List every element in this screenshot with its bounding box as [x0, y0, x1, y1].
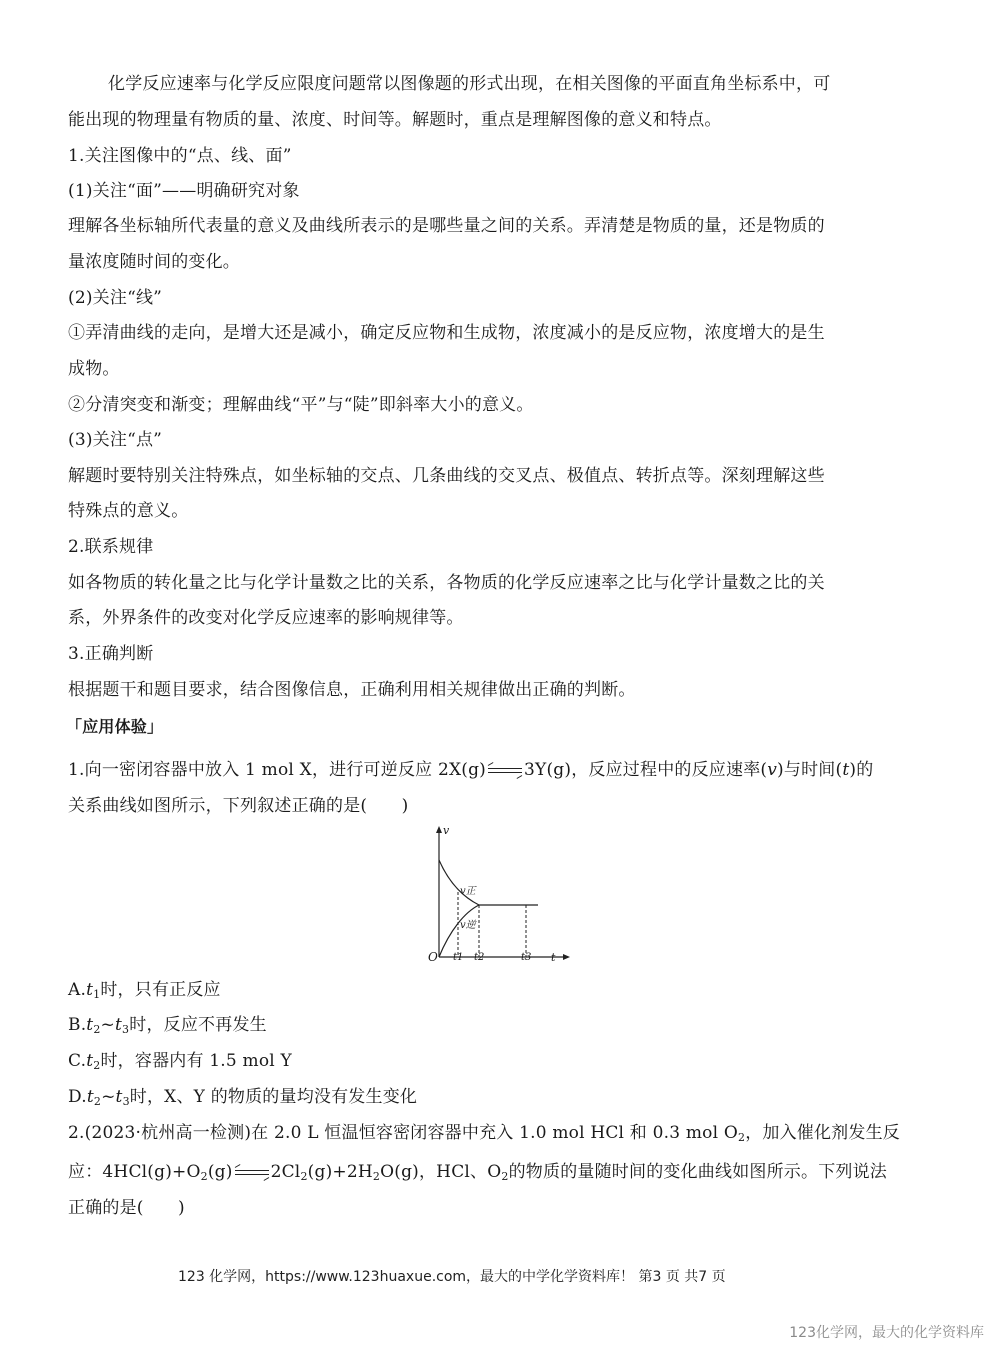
q1-option-c: C.t2时，容器内有 1.5 mol Y	[68, 1050, 292, 1072]
page-footer: 123 化学网，https://www.123huaxue.com，最大的中学化…	[178, 1266, 726, 1286]
q2-line2-f: 的物质的量随时间的变化曲线如图所示。下列说法	[509, 1162, 887, 1182]
section1-sub1-line1: 理解各坐标轴所代表量的意义及曲线所表示的是哪些量之间的关系。弄清楚是物质的量，还…	[68, 215, 825, 237]
rate-time-graph: v t O v正 v逆 t1 t2 t3	[410, 820, 580, 970]
option-b-sep: ~	[101, 1015, 115, 1035]
q1-stem-b: 3Y(g)，反应过程中的反应速率(	[524, 760, 767, 780]
section2-title: 2.联系规律	[68, 536, 153, 558]
option-b-t2: t	[115, 1015, 122, 1035]
section3-line1: 根据题干和题目要求，结合图像信息，正确利用相关规律做出正确的判断。	[68, 679, 636, 701]
section1-sub2-title: (2)关注“线”	[68, 287, 162, 309]
section1-sub2-item2: ②分清突变和渐变；理解曲线“平”与“陡”即斜率大小的意义。	[68, 394, 534, 416]
option-d-prefix: D.	[68, 1087, 87, 1107]
option-d-t2: t	[116, 1087, 123, 1107]
reversible-arrow-icon	[488, 766, 522, 776]
option-b-prefix: B.	[68, 1015, 86, 1035]
q1-v-symbol: v	[767, 760, 777, 780]
section1-sub2-item1-line2: 成物。	[68, 358, 120, 380]
option-d-t1: t	[87, 1087, 94, 1107]
q2-line2-sub3: 2	[373, 1170, 380, 1183]
q1-option-b: B.t2~t3时，反应不再发生	[68, 1014, 267, 1036]
q2-line2-d: (g)+2H	[308, 1162, 373, 1182]
watermark: 123化学网，最大的化学资料库	[789, 1322, 984, 1342]
q1-stem-line1: 1.向一密闭容器中放入 1 mol X，进行可逆反应 2X(g)3Y(g)，反应…	[68, 759, 873, 781]
q1-option-a: A.t1时，只有正反应	[68, 979, 221, 1001]
q2-line2-c: 2Cl	[271, 1162, 301, 1182]
intro-line-2: 能出现的物理量有物质的量、浓度、时间等。解题时，重点是理解图像的意义和特点。	[68, 109, 722, 131]
q1-stem-d: )的	[849, 760, 873, 780]
q2-line2-a: 应：4HCl(g)+O	[68, 1162, 201, 1182]
document-page: 化学反应速率与化学反应限度问题常以图像题的形式出现，在相关图像的平面直角坐标系中…	[0, 0, 992, 1347]
y-axis-label: v	[443, 824, 449, 837]
option-c-prefix: C.	[68, 1051, 86, 1071]
q2-line2-sub1: 2	[201, 1170, 208, 1183]
option-b-sub1: 2	[93, 1023, 100, 1036]
option-b-text: 时，反应不再发生	[129, 1015, 267, 1035]
origin-label: O	[428, 950, 438, 964]
option-d-sub1: 2	[94, 1095, 101, 1108]
tick-t2: t2	[474, 952, 484, 963]
option-d-sub2: 3	[123, 1095, 130, 1108]
section1-sub1-title: (1)关注“面”——明确研究对象	[68, 180, 300, 202]
q2-line2: 应：4HCl(g)+O2(g)2Cl2(g)+2H2O(g)，HCl、O2的物质…	[68, 1161, 887, 1183]
section2-line2: 系，外界条件的改变对化学反应速率的影响规律等。	[68, 607, 464, 629]
section1-sub3-line2: 特殊点的意义。	[68, 500, 188, 522]
q2-line1-a: 2.(2023·杭州高一检测)在 2.0 L 恒温恒容密闭容器中充入 1.0 m…	[68, 1123, 738, 1143]
option-a-text: 时，只有正反应	[100, 980, 220, 1000]
curve-forward-label: v正	[460, 882, 476, 897]
option-d-text: 时，X、Y 的物质的量均没有发生变化	[130, 1087, 417, 1107]
tick-t1: t1	[453, 952, 463, 963]
option-a-prefix: A.	[68, 980, 86, 1000]
curve-reverse-label: v逆	[460, 916, 476, 931]
practice-heading: 「应用体验」	[66, 716, 163, 738]
q2-line2-e: O(g)，HCl、O	[380, 1162, 501, 1182]
q2-line1: 2.(2023·杭州高一检测)在 2.0 L 恒温恒容密闭容器中充入 1.0 m…	[68, 1122, 900, 1144]
intro-line-1: 化学反应速率与化学反应限度问题常以图像题的形式出现，在相关图像的平面直角坐标系中…	[108, 73, 830, 95]
section1-sub3-title: (3)关注“点”	[68, 429, 162, 451]
section1-sub3-line1: 解题时要特别关注特殊点，如坐标轴的交点、几条曲线的交叉点、极值点、转折点等。深刻…	[68, 465, 825, 487]
q1-stem-a: 1.向一密闭容器中放入 1 mol X，进行可逆反应 2X(g)	[68, 760, 486, 780]
section2-line1: 如各物质的转化量之比与化学计量数之比的关系，各物质的化学反应速率之比与化学计量数…	[68, 572, 825, 594]
section3-title: 3.正确判断	[68, 643, 153, 665]
section1-sub1-line2: 量浓度随时间的变化。	[68, 251, 240, 273]
q2-line1-b: ，加入催化剂发生反	[745, 1123, 900, 1143]
section1-title: 1.关注图像中的“点、线、面”	[68, 145, 292, 167]
reversible-arrow-icon	[235, 1168, 269, 1178]
section1-sub2-item1-line1: ①弄清曲线的走向，是增大还是减小，确定反应物和生成物，浓度减小的是反应物，浓度增…	[68, 322, 825, 344]
tick-t3: t3	[521, 952, 531, 963]
q2-line2-sub2: 2	[300, 1170, 307, 1183]
q2-line3: 正确的是( )	[68, 1197, 185, 1219]
x-axis-label: t	[551, 951, 555, 964]
q2-line2-b: (g)	[208, 1162, 233, 1182]
q1-option-d: D.t2~t3时，X、Y 的物质的量均没有发生变化	[68, 1086, 417, 1108]
q1-stem-c: )与时间(	[777, 760, 842, 780]
option-c-text: 时，容器内有 1.5 mol Y	[100, 1051, 291, 1071]
option-d-sep: ~	[101, 1087, 115, 1107]
q2-line2-sub4: 2	[501, 1170, 508, 1183]
q1-stem-line2: 关系曲线如图所示，下列叙述正确的是( )	[68, 795, 408, 817]
